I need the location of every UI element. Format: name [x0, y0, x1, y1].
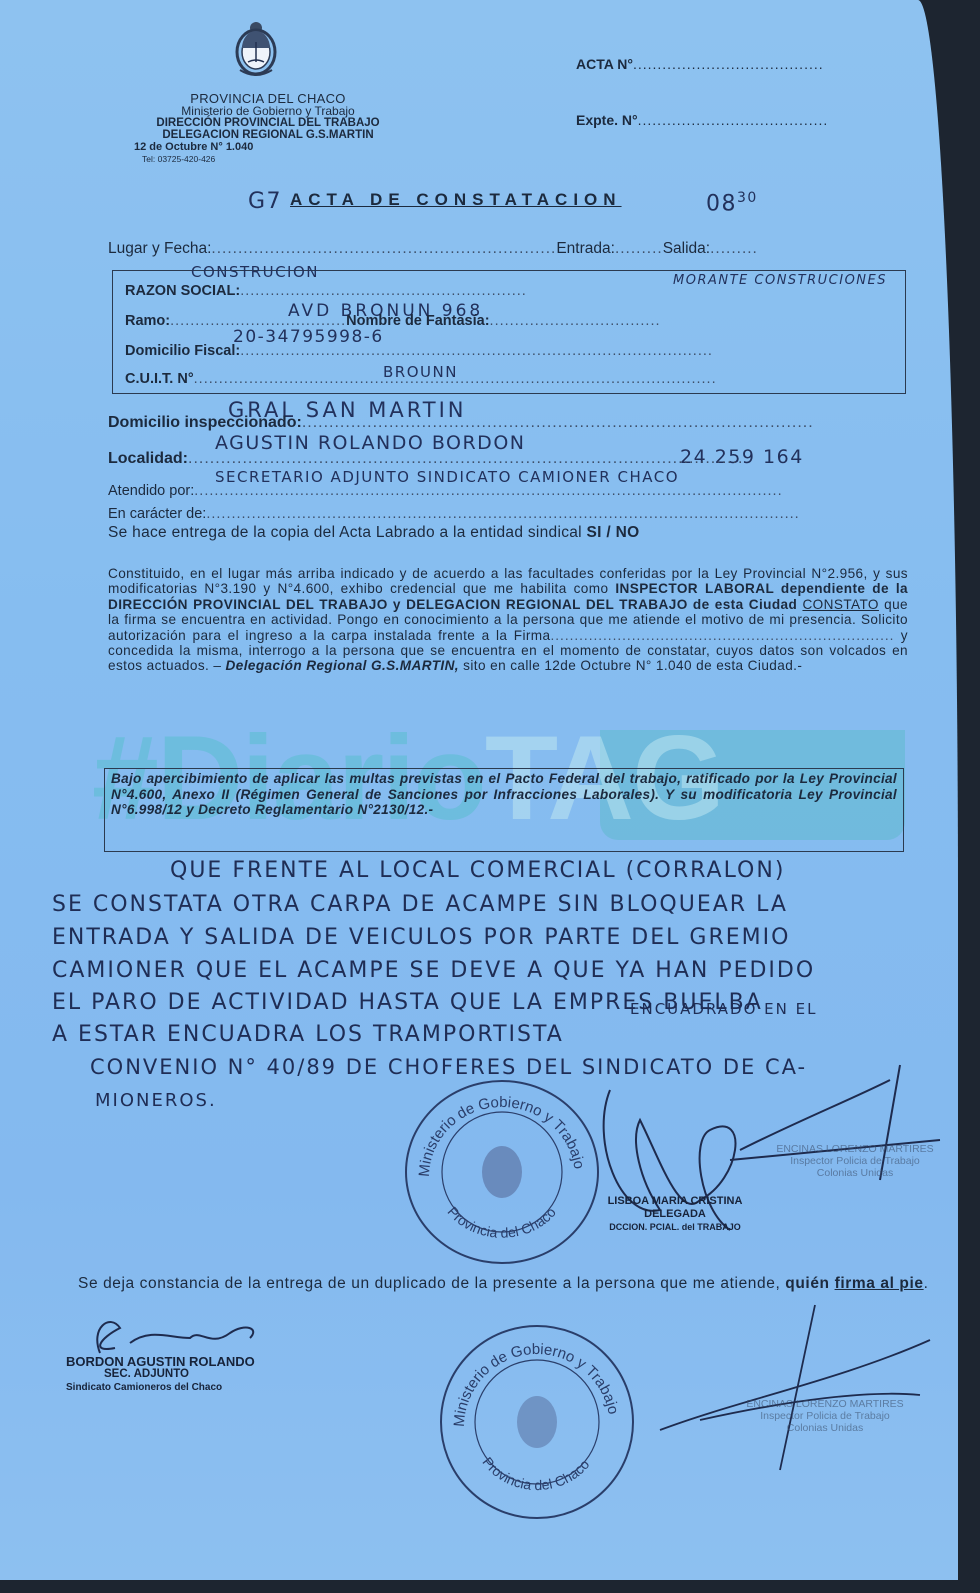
- office-phone: Tel: 03725-420-426: [118, 153, 418, 165]
- handwritten-line: SE CONSTATA OTRA CARPA DE ACAMPE SIN BLO…: [52, 892, 788, 917]
- handwritten-line: A ESTAR ENCUADRA LOS TRAMPORTISTA: [52, 1022, 564, 1047]
- ministry-name: Ministerio de Gobierno y Trabajo: [118, 105, 418, 117]
- stamp-ring-text: Ministerio de Gobierno y Trabajo Provinc…: [442, 1327, 632, 1517]
- stamp-ring-text: Ministerio de Gobierno y Trabajo Provinc…: [407, 1082, 597, 1262]
- handwritten-line: QUE FRENTE AL LOCAL COMERCIAL (CORRALON): [170, 858, 785, 883]
- handwritten-insert: ENCUADRADO EN EL: [630, 1000, 817, 1018]
- domicilio-fiscal-row: Domicilio Fiscal:.......................…: [125, 343, 713, 359]
- handwritten-line: ENTRADA Y SALIDA DE VEICULOS POR PARTE D…: [52, 925, 790, 950]
- expediente-number-field: Expte. N°...............................…: [576, 112, 828, 128]
- inspector-signature-block: ENCINAS LORENZO MARTIRES Inspector Polic…: [730, 1398, 920, 1434]
- official-stamp: Ministerio de Gobierno y Trabajo Provinc…: [440, 1325, 634, 1519]
- document-title: ACTA DE CONSTATACION: [290, 190, 622, 210]
- caracter-row: En carácter de:.........................…: [108, 506, 908, 522]
- ramo-row: Ramo:...................................…: [125, 313, 661, 329]
- delegada-signature-block: LISBOA MARIA CRISTINA DELEGADA DCCION. P…: [575, 1195, 775, 1234]
- expediente-number-label: Expte. N°: [576, 112, 638, 128]
- direction-name: DIRECCIÓN PROVINCIAL DEL TRABAJO: [118, 117, 418, 129]
- constancia-text: Se deja constancia de la entrega de un d…: [78, 1275, 938, 1292]
- salida-label: Salida:: [663, 240, 710, 257]
- delegation-name: DELEGACION REGIONAL G.S.MARTIN: [118, 129, 418, 141]
- localidad-row: Localidad:..............................…: [108, 450, 908, 468]
- lugar-fecha-label: Lugar y Fecha:: [108, 240, 211, 257]
- company-info-box: CONSTRUCION RAZON SOCIAL:...............…: [112, 270, 906, 394]
- office-address: 12 de Octubre N° 1.040: [118, 141, 418, 153]
- bordon-signature-block: BORDON AGUSTIN ROLANDO SEC. ADJUNTO Sind…: [66, 1355, 255, 1394]
- acta-document: PROVINCIA DEL CHACO Ministerio de Gobier…: [0, 0, 958, 1580]
- razon-social-row: RAZON SOCIAL:...........................…: [125, 283, 527, 299]
- acta-number-label: ACTA N°: [576, 56, 633, 72]
- handwritten-line: CAMIONER QUE EL ACAMPE SE DEVE A QUE YA …: [52, 958, 815, 983]
- lugar-fecha-row: Lugar y Fecha:..........................…: [108, 240, 908, 258]
- handwritten-line: MIONEROS.: [95, 1090, 217, 1111]
- title-hw-time: 0830: [706, 190, 758, 216]
- inspector-signature: [640, 1300, 940, 1480]
- provincial-crest-icon: [228, 18, 284, 80]
- entrada-label: Entrada:: [556, 240, 615, 257]
- svg-text:Provincia del Chaco: Provincia del Chaco: [444, 1203, 559, 1240]
- razon-social-hw-right: MORANTE CONSTRUCIONES: [673, 273, 887, 288]
- domicilio-inspeccionado-row: Domicilio inspeccionado:................…: [108, 414, 908, 432]
- title-hw-prefix: G7: [248, 188, 282, 214]
- inspector-signature-block: ENCINAS LORENZO MARTIRES Inspector Polic…: [760, 1143, 950, 1179]
- entrega-copia-row: Se hace entrega de la copia del Acta Lab…: [108, 524, 639, 542]
- svg-text:Provincia del Chaco: Provincia del Chaco: [479, 1454, 592, 1493]
- razon-social-hw-above: CONSTRUCION: [191, 263, 319, 281]
- si-no-option[interactable]: SI / NO: [587, 524, 640, 541]
- atendido-row: Atendido por:...........................…: [108, 483, 908, 499]
- legal-warning-box: Bajo apercibimiento de aplicar las multa…: [104, 768, 904, 852]
- acta-number-field: ACTA N°.................................…: [576, 56, 824, 72]
- letterhead: PROVINCIA DEL CHACO Ministerio de Gobier…: [118, 93, 418, 165]
- official-stamp: Ministerio de Gobierno y Trabajo Provinc…: [405, 1080, 599, 1264]
- body-paragraph: Constituido, en el lugar más arriba indi…: [108, 566, 908, 674]
- cuit-row: C.U.I.T. N°.............................…: [125, 371, 717, 387]
